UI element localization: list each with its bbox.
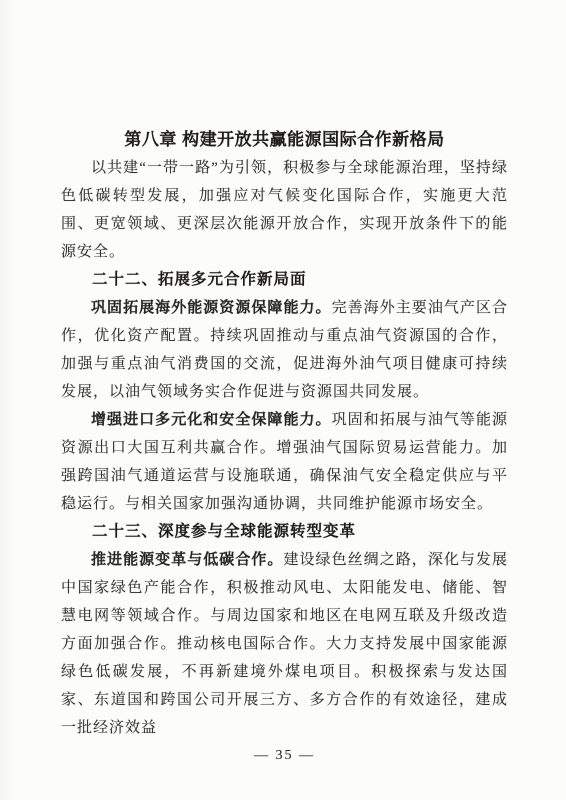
page-number: — 35 — [61,742,508,770]
paragraph: 巩固拓展海外能源资源保障能力。完善海外主要油气产区合作，优化资产配置。持续巩固推… [61,294,508,406]
paragraph-lead: 巩固拓展海外能源资源保障能力。 [91,300,332,316]
chapter-title: 第八章 构建开放共赢能源国际合作新格局 [61,126,508,154]
paragraph: 增强进口多元化和安全保障能力。巩固和拓展与油气等能源资源出口大国互利共赢合作。增… [61,406,508,518]
section-heading-22: 二十二、拓展多元合作新局面 [61,266,508,294]
paragraph-lead: 增强进口多元化和安全保障能力。 [91,412,332,428]
scanned-document-page: 第八章 构建开放共赢能源国际合作新格局 以共建“一带一路”为引领，积极参与全球能… [0,0,566,800]
section-heading-23: 二十三、深度参与全球能源转型变革 [61,518,508,546]
paragraph-lead: 推进能源变革与低碳合作。 [91,552,283,568]
paragraph-text: 建设绿色丝绸之路，深化与发展中国家绿色产能合作，积极推动风电、太阳能发电、储能、… [61,552,508,736]
paragraph: 推进能源变革与低碳合作。建设绿色丝绸之路，深化与发展中国家绿色产能合作，积极推动… [61,546,508,742]
intro-paragraph: 以共建“一带一路”为引领，积极参与全球能源治理，坚持绿色低碳转型发展，加强应对气… [61,154,508,266]
document-content: 第八章 构建开放共赢能源国际合作新格局 以共建“一带一路”为引领，积极参与全球能… [61,126,508,770]
